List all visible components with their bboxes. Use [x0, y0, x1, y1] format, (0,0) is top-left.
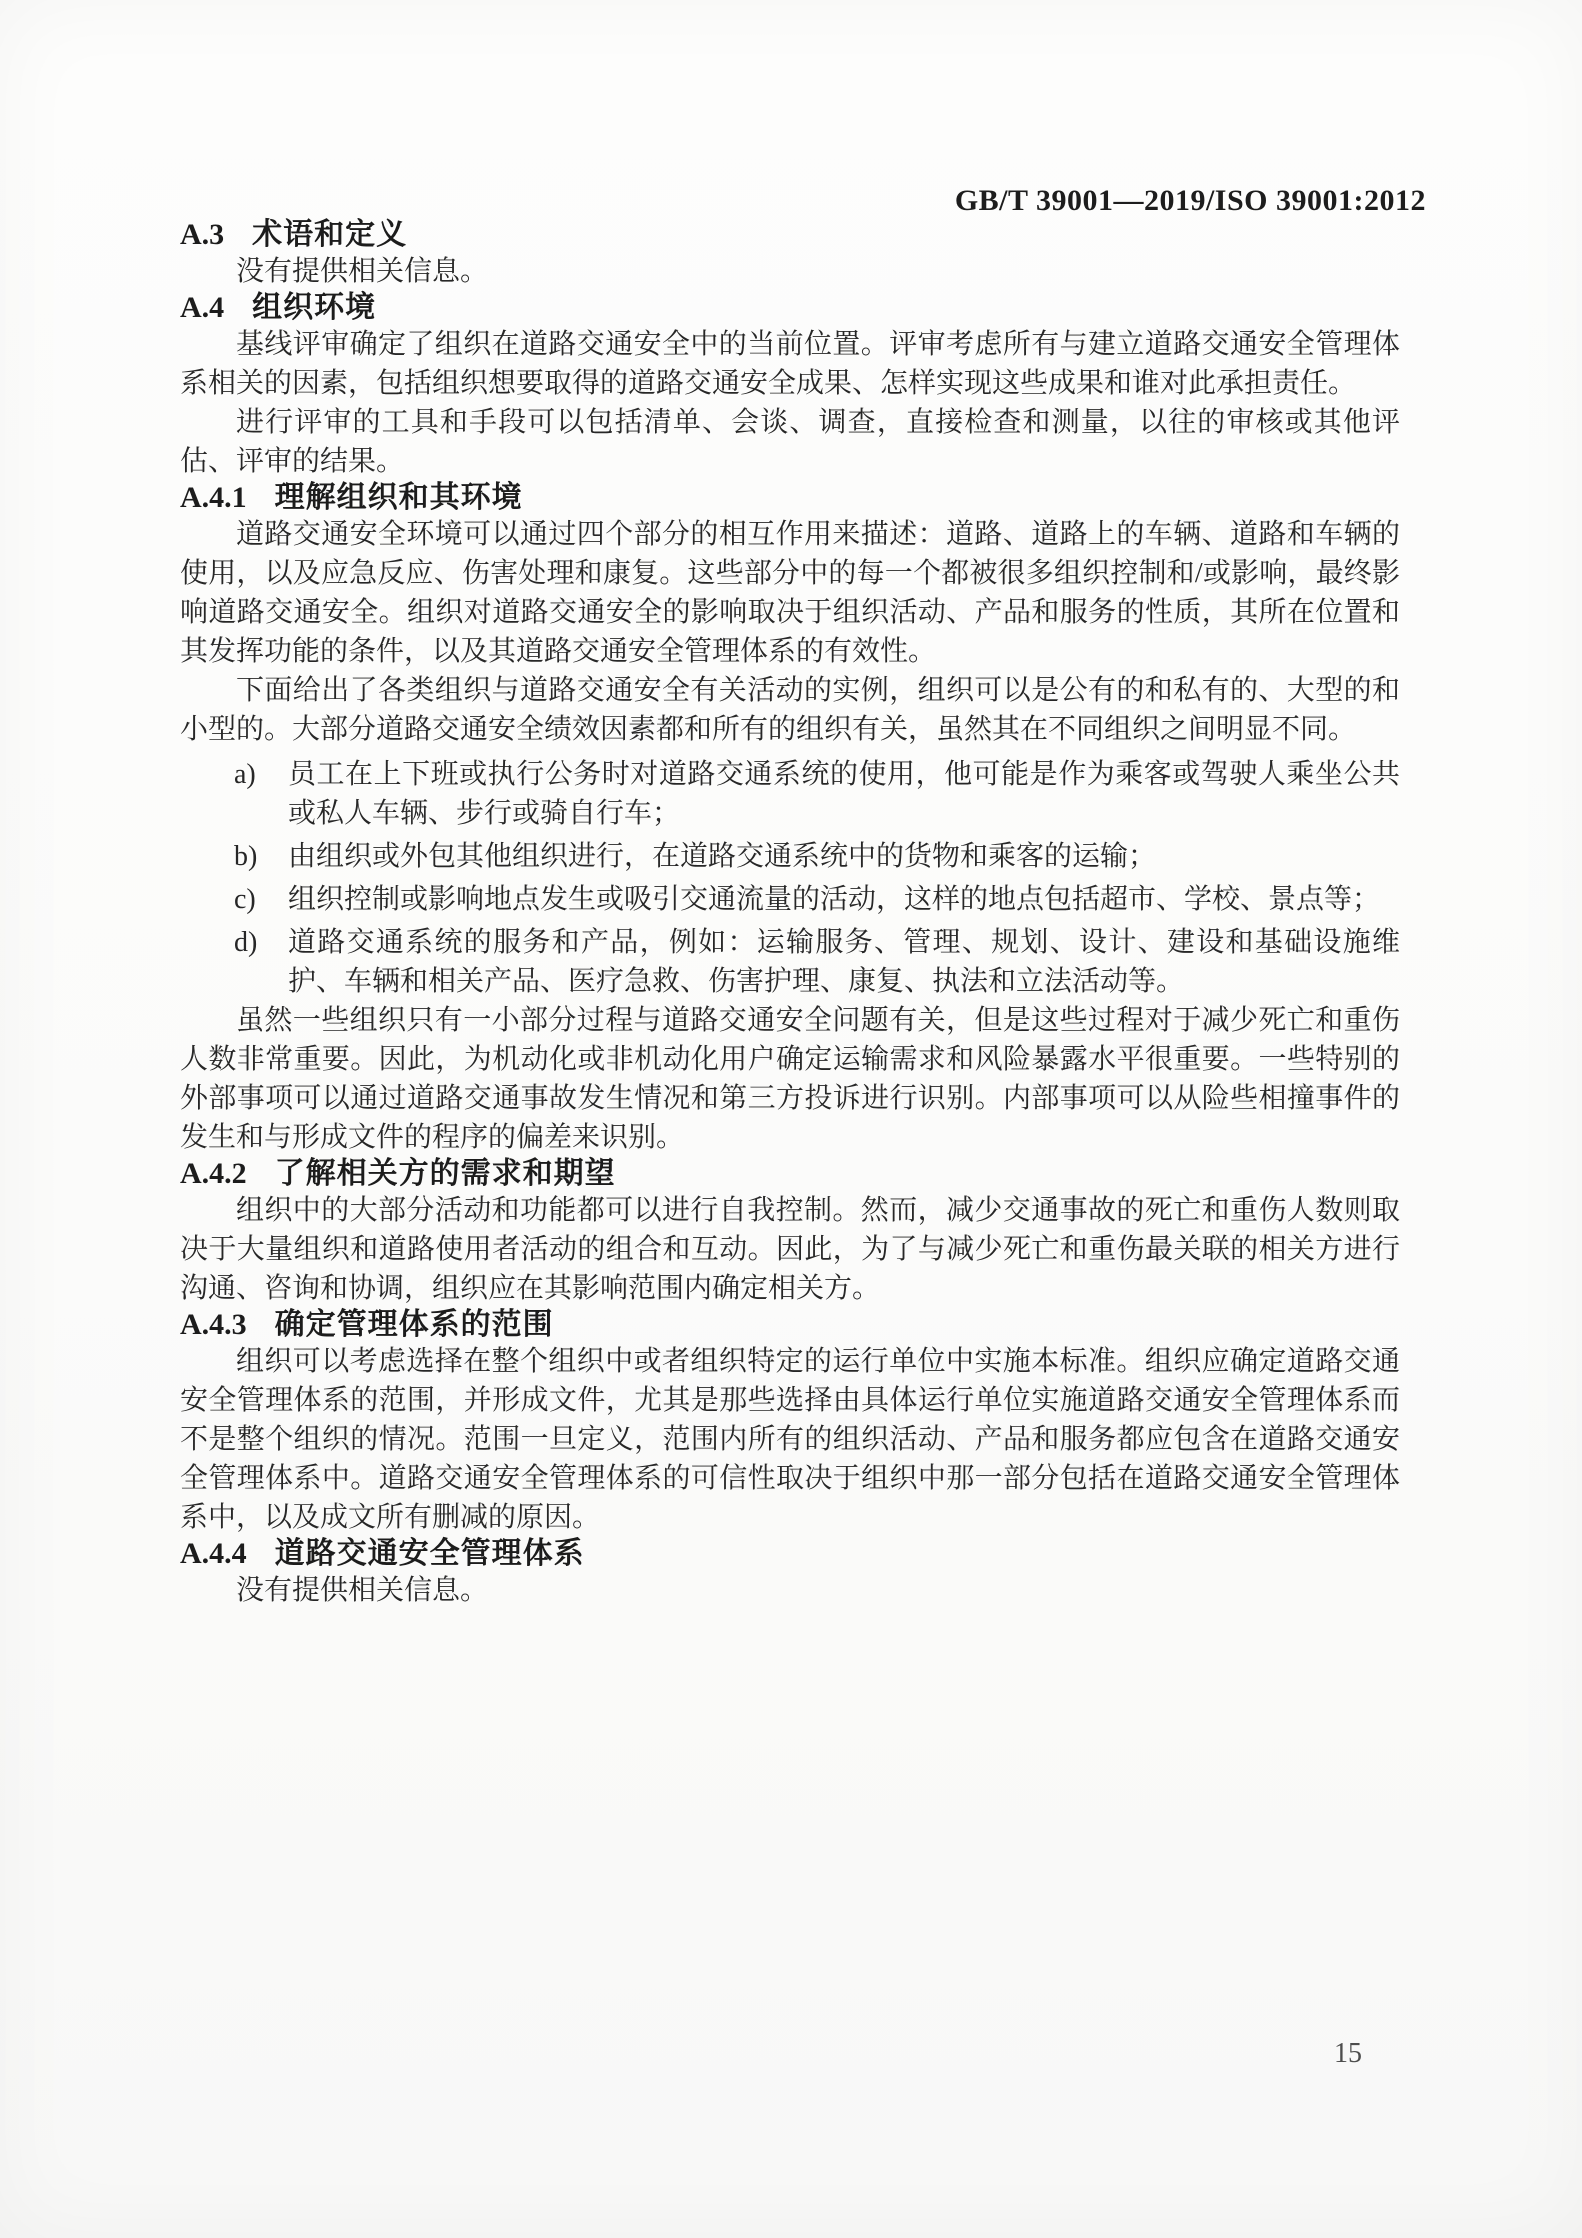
list-item: b) 由组织或外包其他组织进行，在道路交通系统中的货物和乘客的运输；: [180, 837, 1400, 876]
page-number: 15: [1334, 2038, 1362, 2070]
heading-title: 术语和定义: [252, 218, 407, 251]
no-info-paragraph: 没有提供相关信息。: [180, 252, 1400, 291]
list-text: 由组织或外包其他组织进行，在道路交通系统中的货物和乘客的运输；: [288, 841, 1156, 872]
heading-number: A.4.3: [180, 1308, 247, 1341]
list-marker: b): [234, 837, 257, 876]
list-item: c) 组织控制或影响地点发生或吸引交通流量的活动，这样的地点包括超市、学校、景点…: [180, 880, 1400, 919]
list-item: d) 道路交通系统的服务和产品，例如：运输服务、管理、规划、设计、建设和基础设施…: [180, 923, 1400, 1001]
body-paragraph: 进行评审的工具和手段可以包括清单、会谈、调查，直接检查和测量，以往的审核或其他评…: [180, 403, 1400, 481]
heading-title: 组织环境: [252, 291, 376, 324]
heading-title: 道路交通安全管理体系: [275, 1537, 585, 1570]
list-marker: a): [234, 755, 256, 794]
example-list: a) 员工在上下班或执行公务时对道路交通系统的使用，他可能是作为乘客或驾驶人乘坐…: [180, 755, 1400, 1001]
heading-number: A.4.4: [180, 1537, 247, 1570]
section-a43-heading: A.4.3确定管理体系的范围: [180, 1308, 1400, 1342]
body-paragraph: 组织可以考虑选择在整个组织中或者组织特定的运行单位中实施本标准。组织应确定道路交…: [180, 1342, 1400, 1537]
heading-number: A.3: [180, 218, 224, 251]
heading-number: A.4.1: [180, 481, 247, 514]
body-paragraph: 虽然一些组织只有一小部分过程与道路交通安全问题有关，但是这些过程对于减少死亡和重…: [180, 1001, 1400, 1157]
list-marker: c): [234, 880, 256, 919]
body-paragraph: 道路交通安全环境可以通过四个部分的相互作用来描述：道路、道路上的车辆、道路和车辆…: [180, 515, 1400, 671]
section-a42-heading: A.4.2了解相关方的需求和期望: [180, 1157, 1400, 1191]
list-text: 员工在上下班或执行公务时对道路交通系统的使用，他可能是作为乘客或驾驶人乘坐公共或…: [288, 759, 1400, 829]
list-marker: d): [234, 923, 257, 962]
heading-title: 确定管理体系的范围: [275, 1308, 554, 1341]
heading-title: 了解相关方的需求和期望: [275, 1157, 616, 1190]
section-a44-heading: A.4.4道路交通安全管理体系: [180, 1537, 1400, 1571]
section-a41-heading: A.4.1理解组织和其环境: [180, 481, 1400, 515]
document-page: GB/T 39001—2019/ISO 39001:2012 A.3术语和定义 …: [0, 0, 1582, 2238]
body-paragraph: 组织中的大部分活动和功能都可以进行自我控制。然而，减少交通事故的死亡和重伤人数则…: [180, 1191, 1400, 1308]
heading-number: A.4: [180, 291, 224, 324]
body-paragraph: 基线评审确定了组织在道路交通安全中的当前位置。评审考虑所有与建立道路交通安全管理…: [180, 325, 1400, 403]
list-text: 组织控制或影响地点发生或吸引交通流量的活动，这样的地点包括超市、学校、景点等；: [288, 884, 1380, 915]
page-content: GB/T 39001—2019/ISO 39001:2012 A.3术语和定义 …: [180, 0, 1400, 1610]
no-info-paragraph: 没有提供相关信息。: [180, 1571, 1400, 1610]
list-text: 道路交通系统的服务和产品，例如：运输服务、管理、规划、设计、建设和基础设施维护、…: [288, 927, 1400, 997]
section-a4-heading: A.4组织环境: [180, 291, 1400, 325]
body-paragraph: 下面给出了各类组织与道路交通安全有关活动的实例，组织可以是公有的和私有的、大型的…: [180, 671, 1400, 749]
heading-title: 理解组织和其环境: [275, 481, 523, 514]
list-item: a) 员工在上下班或执行公务时对道路交通系统的使用，他可能是作为乘客或驾驶人乘坐…: [180, 755, 1400, 833]
standard-code-header: GB/T 39001—2019/ISO 39001:2012: [180, 0, 1426, 218]
section-a3-heading: A.3术语和定义: [180, 218, 1400, 252]
heading-number: A.4.2: [180, 1157, 247, 1190]
